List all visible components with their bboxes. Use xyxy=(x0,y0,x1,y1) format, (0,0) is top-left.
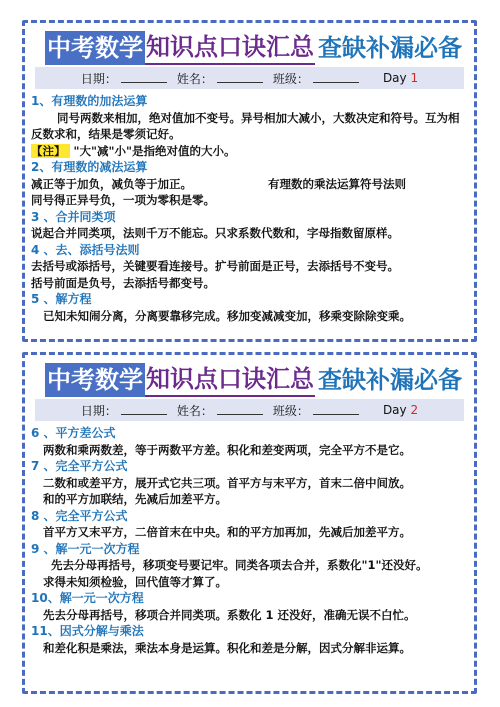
card-content: 6 、平方差公式 两数和乘两数差，等于两数平方差。积化和差变两项，完全平方不是它… xyxy=(31,425,466,656)
page-title: 中考数学 知识点口诀汇总 查缺补漏必备 xyxy=(45,31,462,65)
knowledge-card-day-2: 中考数学 知识点口诀汇总 查缺补漏必备 日期： 姓名： 班级： Day 2 6 … xyxy=(22,352,477,694)
date-blank[interactable] xyxy=(121,70,167,83)
note-tag: 【注】 xyxy=(31,144,70,158)
section-text: 二数和或差平方，展开式它共三项。首平方与末平方，首末二倍中间放。 xyxy=(31,475,466,492)
note-text: "大"减"小"是指绝对值的大小。 xyxy=(74,144,236,158)
name-label: 姓名： xyxy=(177,404,213,418)
section-text: 同号得正异号负，一项为零积是零。 xyxy=(31,192,466,209)
day-label: Day xyxy=(383,403,407,417)
section-title: 5 、解方程 xyxy=(31,291,466,308)
day-indicator: Day 1 xyxy=(383,71,418,85)
section-text: 求得未知须检验，回代值等才算了。 xyxy=(31,574,466,591)
section-title: 9 、解一元一次方程 xyxy=(31,541,466,558)
info-bar: 日期： 姓名： 班级： Day 1 xyxy=(35,67,464,89)
section-text: 减正等于加负，减负等于加正。有理数的乘法运算符号法则 xyxy=(31,176,466,193)
title-part-exam-math: 中考数学 xyxy=(45,31,145,65)
day-indicator: Day 2 xyxy=(383,403,418,417)
class-label: 班级： xyxy=(273,72,309,86)
class-field[interactable]: 班级： xyxy=(273,70,359,87)
knowledge-card-day-1: 中考数学 知识点口诀汇总 查缺补漏必备 日期： 姓名： 班级： Day 1 1、… xyxy=(22,20,477,342)
section-text: 首平方又末平方，二倍首末在中央。和的平方加再加，先减后加差平方。 xyxy=(31,524,466,541)
title-part-formula-summary: 知识点口诀汇总 xyxy=(145,31,315,65)
section-title: 6 、平方差公式 xyxy=(31,425,466,442)
section-text: 两数和乘两数差，等于两数平方差。积化和差变两项，完全平方不是它。 xyxy=(31,442,466,459)
title-part-gap-filling: 查缺补漏必备 xyxy=(315,363,462,397)
date-blank[interactable] xyxy=(121,402,167,415)
section-text: 括号前面是负号，去添括号都变号。 xyxy=(31,275,466,292)
title-part-gap-filling: 查缺补漏必备 xyxy=(315,31,462,65)
section-text: 和的平方加联结，先减后加差平方。 xyxy=(31,491,466,508)
section-text: 先去分母再括号，移项合并同类项。系数化 1 还没好，准确无误不白忙。 xyxy=(31,607,466,624)
title-part-formula-summary: 知识点口诀汇总 xyxy=(145,363,315,397)
page-title: 中考数学 知识点口诀汇总 查缺补漏必备 xyxy=(45,363,462,397)
class-field[interactable]: 班级： xyxy=(273,402,359,419)
card-content: 1、有理数的加法运算 同号两数来相加，绝对值加不变号。异号相加大减小，大数决定和… xyxy=(31,93,466,324)
section-text: 同号两数来相加，绝对值加不变号。异号相加大减小，大数决定和符号。互为相反数求和，… xyxy=(31,110,466,143)
name-blank[interactable] xyxy=(217,70,263,83)
day-number: 1 xyxy=(410,71,418,85)
note-line: 【注】 "大"减"小"是指绝对值的大小。 xyxy=(31,143,466,160)
section-title: 2、有理数的减法运算 xyxy=(31,159,466,176)
section-text: 已知未知闹分离，分离要靠移完成。移加变减减变加，移乘变除除变乘。 xyxy=(31,308,466,325)
section-title: 11、因式分解与乘法 xyxy=(31,623,466,640)
name-label: 姓名： xyxy=(177,72,213,86)
section-text: 去括号或添括号，关键要看连接号。扩号前面是正号，去添括号不变号。 xyxy=(31,258,466,275)
text-left: 减正等于加负，减负等于加正。 xyxy=(31,176,192,193)
section-text: 和差化积是乘法，乘法本身是运算。积化和差是分解，因式分解非运算。 xyxy=(31,640,466,657)
day-number: 2 xyxy=(410,403,418,417)
info-bar: 日期： 姓名： 班级： Day 2 xyxy=(35,399,464,421)
section-text: 说起合并同类项，法则千万不能忘。只求系数代数和，字母指数留原样。 xyxy=(31,225,466,242)
text-right: 有理数的乘法运算符号法则 xyxy=(268,176,406,193)
class-blank[interactable] xyxy=(313,70,359,83)
section-title: 8 、完全平方公式 xyxy=(31,508,466,525)
date-field[interactable]: 日期： xyxy=(81,70,167,87)
date-label: 日期： xyxy=(81,404,117,418)
date-field[interactable]: 日期： xyxy=(81,402,167,419)
date-label: 日期： xyxy=(81,72,117,86)
name-field[interactable]: 姓名： xyxy=(177,402,263,419)
name-blank[interactable] xyxy=(217,402,263,415)
section-title: 1、有理数的加法运算 xyxy=(31,93,466,110)
section-title: 4 、去、添括号法则 xyxy=(31,242,466,259)
day-label: Day xyxy=(383,71,407,85)
section-title: 7 、完全平方公式 xyxy=(31,458,466,475)
section-title: 3 、合并同类项 xyxy=(31,209,466,226)
section-text: 先去分母再括号，移项变号要记牢。同类各项去合并，系数化"1"还没好。 xyxy=(31,557,466,574)
title-part-exam-math: 中考数学 xyxy=(45,363,145,397)
class-label: 班级： xyxy=(273,404,309,418)
class-blank[interactable] xyxy=(313,402,359,415)
name-field[interactable]: 姓名： xyxy=(177,70,263,87)
section-title: 10、解一元一次方程 xyxy=(31,590,466,607)
